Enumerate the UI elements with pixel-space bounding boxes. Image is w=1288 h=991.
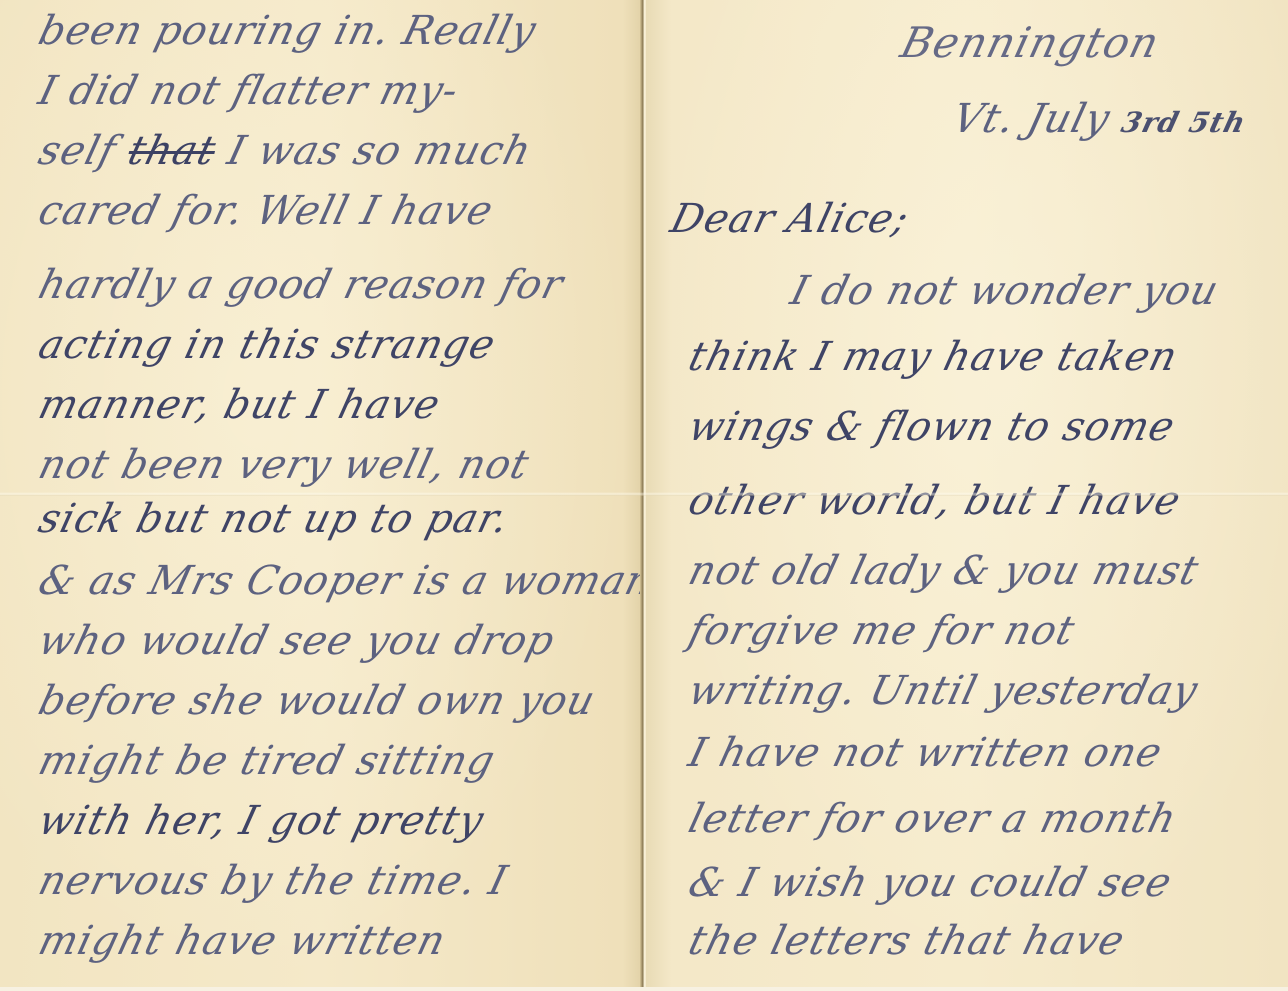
letter-line: hardly a good reason for (34, 262, 568, 308)
letter-state: Vt. (948, 96, 1020, 142)
salutation: Dear Alice; (666, 196, 914, 242)
letter-line: writing. Until yesterday (684, 668, 1203, 714)
letter-line-fragment: self (34, 128, 135, 174)
letter-line: wings & flown to some (684, 404, 1180, 450)
letter-line: the letters that have (684, 918, 1130, 964)
letter-line: other world, but I have (684, 478, 1186, 524)
letter-line: might be tired sitting (34, 738, 500, 784)
letter-line: I have not written one (684, 730, 1167, 776)
letter-line: manner, but I have (34, 382, 445, 428)
letter-line: forgive me for not (684, 608, 1080, 654)
letter-line: I do not wonder you (786, 268, 1224, 314)
letter-line: sick but not up to par. (34, 496, 514, 542)
letter-line: acting in this strange (34, 322, 500, 368)
letter-place: Bennington (896, 18, 1165, 67)
letter-line: & as Mrs Cooper is a woman (34, 558, 659, 604)
letter-line: not old lady & you must (684, 548, 1204, 594)
letter-line-with-struck-word: self that I was so much (34, 128, 537, 174)
letter-line: been pouring in. Really (34, 8, 541, 54)
letter-line: I did not flatter my- (34, 68, 463, 114)
letter-line-fragment: I was so much (209, 128, 536, 174)
letter-day: 3rd 5th (1118, 106, 1250, 139)
letter-line: not been very well, not (34, 442, 534, 488)
letter-date: Vt. July 3rd 5th (948, 96, 1252, 142)
letter-line: might have written (34, 918, 451, 964)
letter-line: with her, I got pretty (34, 798, 489, 844)
letter-line: think I may have taken (684, 334, 1183, 380)
letter-line: who would see you drop (34, 618, 560, 664)
letter-line: letter for over a month (684, 796, 1182, 842)
struck-text: that (124, 128, 221, 174)
letter-month: July (1022, 96, 1115, 142)
paper-bottom-edge (0, 987, 1288, 991)
letter-line: nervous by the time. I (34, 858, 513, 904)
horizontal-fold-crease (0, 492, 1288, 496)
letter-scan: been pouring in. Really I did not flatte… (0, 0, 1288, 991)
letter-line: before she would own you (34, 678, 600, 724)
letter-line: & I wish you could see (684, 860, 1177, 906)
letter-line: cared for. Well I have (34, 188, 498, 234)
